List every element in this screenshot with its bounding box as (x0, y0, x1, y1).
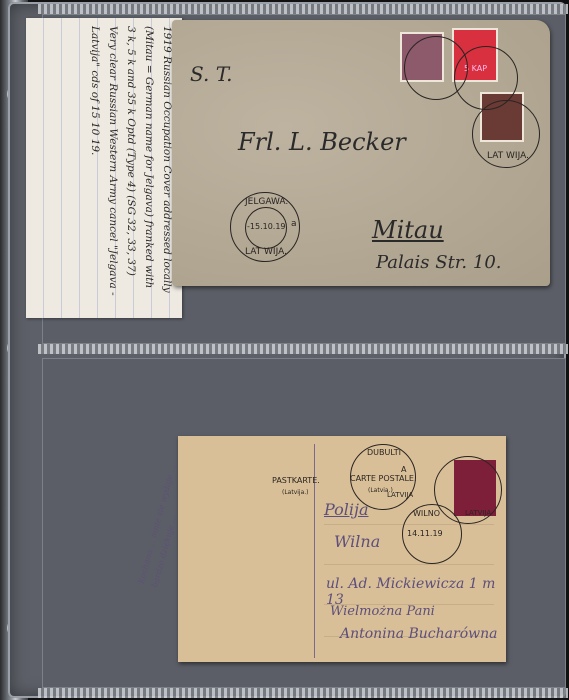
postmark-dubulti: LATVIJA (434, 456, 502, 524)
postmark-country: LATVIJA (387, 491, 413, 499)
postmark-country: LATVIJA (465, 509, 491, 517)
note-line: Latvija" cds of 15 10 19. (86, 26, 104, 316)
cover-postmark-stamp3: LAT WIJA. (472, 100, 540, 168)
address-recipient: Antonina Bucharówna (340, 626, 497, 642)
postmark-date: -15.10.19 (247, 222, 286, 231)
postcard-title-de: PASTKARTE. (272, 476, 320, 485)
note-line: (Mitau = German name for Jelgava) franke… (140, 26, 158, 316)
note-text: 1919 Russian Occupation Cover addressed … (36, 26, 176, 316)
sleeve-seam-bottom (38, 688, 568, 698)
note-line: 3 k, 5 k and 35 k Optd (Type 4) (SG 32, … (122, 26, 140, 316)
addressee-name: Frl. L. Becker (238, 128, 406, 156)
sleeve-seam-top (38, 4, 568, 14)
address-city: Wilna (334, 532, 380, 551)
postmark-dubulti-a: DUBULTI LATVIJA A (350, 444, 416, 510)
sleeve-seam-middle (38, 344, 568, 354)
postmark-town: DUBULTI (367, 448, 401, 457)
postmark-town: JELGAWA. (245, 197, 288, 207)
postmark-letter: a (291, 219, 297, 229)
postmark-letter: A (401, 465, 406, 474)
postmark-country: LAT WIJA. (487, 151, 529, 161)
address-rule (324, 564, 494, 565)
address-city: Mitau (372, 216, 444, 244)
address-street: Palais Str. 10. (376, 252, 502, 273)
cover-postmark-jelgawa: JELGAWA. -15.10.19 LAT WIJA. a (230, 192, 300, 262)
postmark-country: LAT WIJA. (245, 247, 287, 257)
note-line: Very clear Russian Western Army cancel "… (104, 26, 122, 316)
postmark-town: WILNO (413, 509, 440, 518)
addressee-prefix: S. T. (190, 62, 232, 86)
postmark-date: 14.11.19 (407, 529, 443, 538)
address-salutation: Wielmożna Pani (330, 604, 435, 619)
envelope-cover: S. T. Frl. L. Becker Mitau Palais Str. 1… (172, 20, 550, 286)
description-note-card: 1919 Russian Occupation Cover addressed … (26, 18, 182, 318)
postcard: PASTKARTE. (Latvija.) CARTE POSTALE. (La… (178, 436, 506, 662)
